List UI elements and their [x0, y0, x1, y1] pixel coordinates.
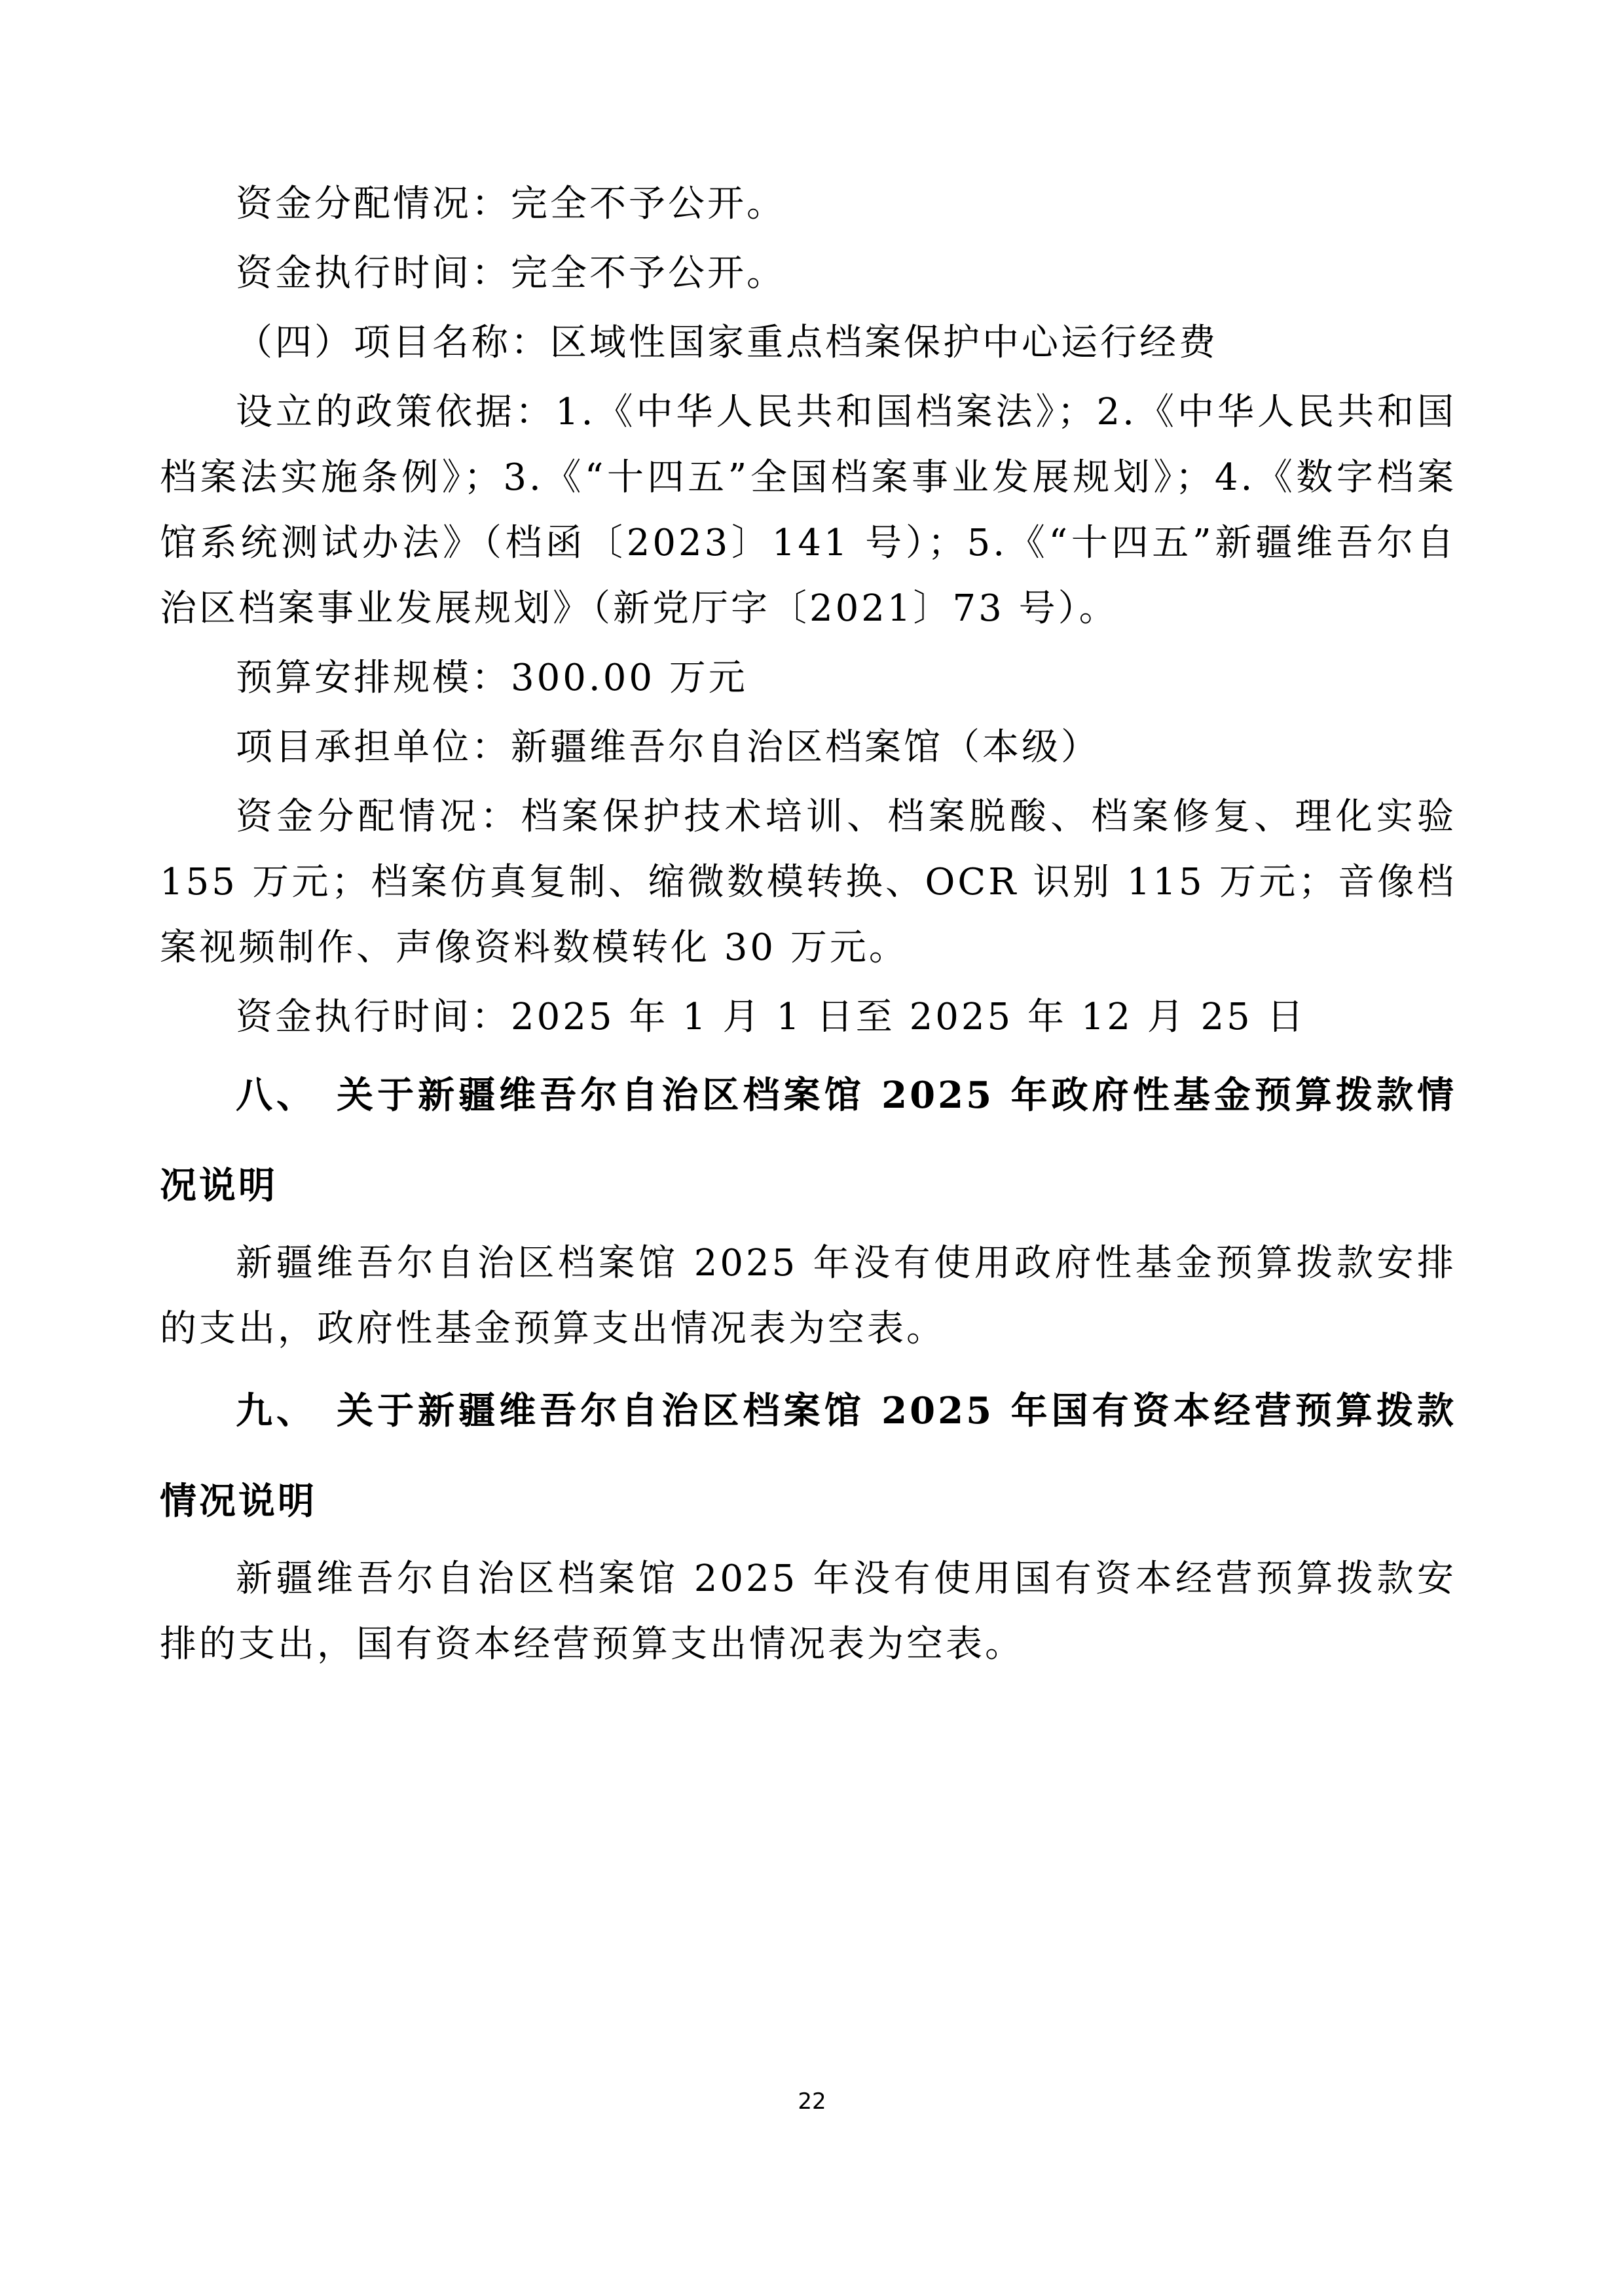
section-8-title: 关于新疆维吾尔自治区档案馆 2025 年政府性基金预算拨款情况说明: [160, 1074, 1456, 1207]
budget-scale-paragraph: 预算安排规模：300.00 万元: [160, 646, 1456, 711]
page-number: 22: [0, 2088, 1624, 2115]
fund-allocation-detail-paragraph: 资金分配情况：档案保护技术培训、档案脱酸、档案修复、理化实验 155 万元；档案…: [160, 784, 1456, 981]
document-page-body: 资金分配情况：完全不予公开。 资金执行时间：完全不予公开。 （四）项目名称：区域…: [160, 172, 1456, 1681]
section-8-body: 新疆维吾尔自治区档案馆 2025 年没有使用政府性基金预算拨款安排的支出，政府性…: [160, 1231, 1456, 1362]
section-9-number: 九、: [236, 1389, 317, 1432]
section-9-body: 新疆维吾尔自治区档案馆 2025 年没有使用国有资本经营预算拨款安排的支出，国有…: [160, 1546, 1456, 1677]
section-8-number: 八、: [236, 1074, 317, 1117]
section-9-heading: 九、关于新疆维吾尔自治区档案馆 2025 年国有资本经营预算拨款情况说明: [160, 1366, 1456, 1546]
section-9-title: 关于新疆维吾尔自治区档案馆 2025 年国有资本经营预算拨款情况说明: [160, 1389, 1456, 1523]
fund-execution-time-paragraph: 资金执行时间：完全不予公开。: [160, 241, 1456, 306]
section-8-heading: 八、关于新疆维吾尔自治区档案馆 2025 年政府性基金预算拨款情况说明: [160, 1050, 1456, 1231]
undertaking-unit-paragraph: 项目承担单位：新疆维吾尔自治区档案馆（本级）: [160, 715, 1456, 780]
fund-allocation-paragraph: 资金分配情况：完全不予公开。: [160, 172, 1456, 237]
project-name-paragraph: （四）项目名称：区域性国家重点档案保护中心运行经费: [160, 310, 1456, 376]
policy-basis-paragraph: 设立的政策依据：1.《中华人民共和国档案法》；2.《中华人民共和国档案法实施条例…: [160, 380, 1456, 642]
fund-execution-period-paragraph: 资金执行时间：2025 年 1 月 1 日至 2025 年 12 月 25 日: [160, 985, 1456, 1050]
